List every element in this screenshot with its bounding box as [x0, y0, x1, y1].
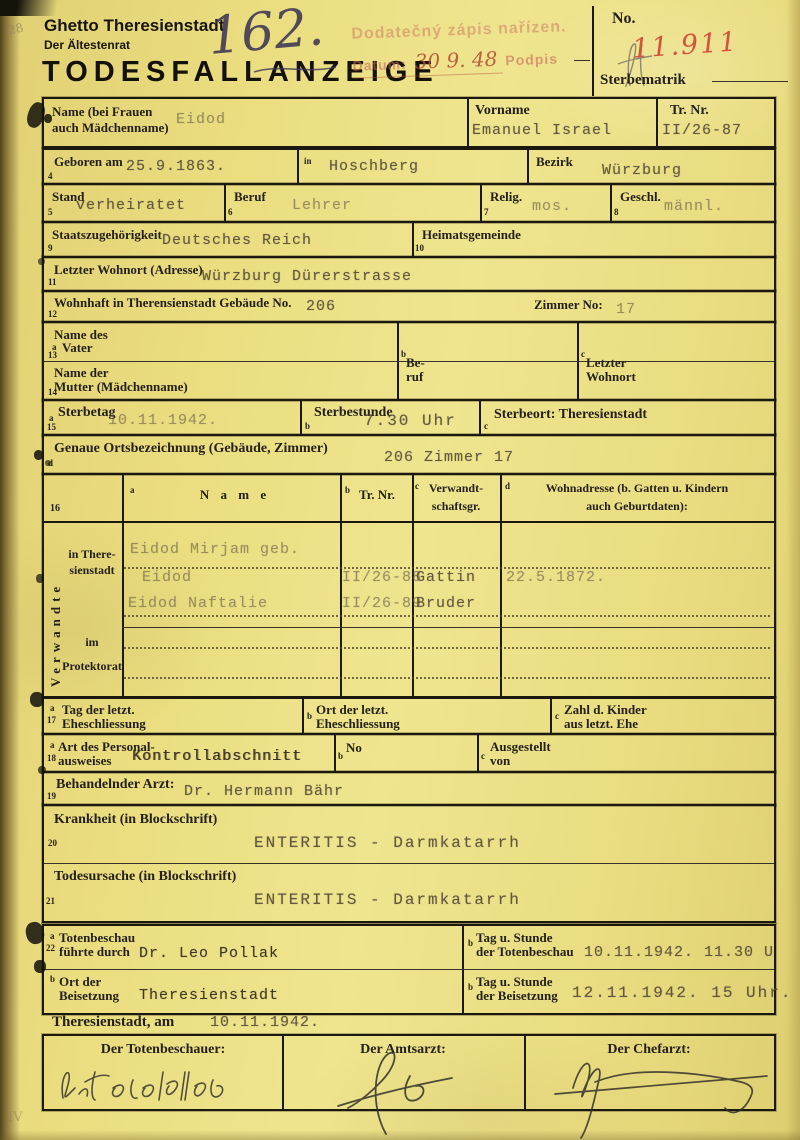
r23-sup-b: b [50, 974, 55, 984]
header-name: N a m e [140, 487, 330, 502]
divider [477, 734, 479, 772]
r23-tag-sup: b [468, 982, 473, 992]
r18-aus-line2: von [490, 753, 510, 768]
row-eheschliessung: a 17 Tag der letzt. Eheschliessung b Ort… [42, 697, 776, 735]
dateline-value: 10.11.1942. [210, 1014, 320, 1031]
totenbeschauer-header: Der Totenbeschauer: [44, 1042, 282, 1059]
relative-row2-address: 22.5.1872. [506, 569, 606, 586]
divider [297, 149, 299, 184]
r18-sup-b: b [338, 751, 343, 761]
row-sterbetag: a 15 Sterbetag 10.11.1942. b Sterbestund… [42, 399, 776, 436]
geschl-label: Geschl. [620, 189, 661, 204]
r18-no-label: No [346, 740, 362, 755]
header-wohn-line1: Wohnadresse (b. Gatten u. Kindern [500, 481, 774, 495]
field-num-12: 12 [48, 309, 57, 319]
row-staatszugehoerigkeit: Staatszugehörigkeit 9 Deutsches Reich He… [42, 221, 776, 258]
krankheit-value: ENTERITIS - Darmkatarrh [254, 834, 521, 852]
relig-value: mos. [532, 198, 572, 215]
matrik-number: 11.911 [631, 26, 739, 64]
bezirk-label: Bezirk [536, 154, 573, 169]
beisetzung-line2: Beisetzung [59, 988, 119, 1003]
bezirk-value: Würzburg [602, 162, 682, 179]
divider [574, 60, 590, 61]
geschl-value: männl. [664, 198, 724, 215]
r22-sup-b: b [468, 938, 473, 948]
stamp-podpis-label: Podpis [505, 51, 558, 69]
todesursache-label: Todesursache (in Blockschrift) [54, 869, 236, 886]
ink-flourish [250, 62, 340, 76]
geburtsort-value: Hoschberg [329, 158, 419, 175]
beschau-zeit-line2: der Totenbeschau [476, 944, 574, 959]
relatives-table: 16 a N a m e b Tr. Nr. c Verwandt- schaf… [42, 473, 776, 698]
no-label: No. [612, 10, 636, 29]
no-box-divider [592, 6, 594, 96]
divider [224, 184, 226, 222]
relative-row2-name: Eidod [142, 569, 192, 586]
vorname-value: Emanuel Israel [472, 122, 612, 139]
todesursache-value: ENTERITIS - Darmkatarrh [254, 891, 521, 909]
hole-punch [44, 114, 52, 123]
paper-left-edge [0, 0, 20, 1140]
stunde-value: 7.30 Uhr [364, 412, 457, 430]
block-krankheit: Krankheit (in Blockschrift) 20 ENTERITIS… [42, 804, 776, 923]
section-protektorat-line1: im [62, 635, 122, 649]
divider [334, 734, 336, 772]
row-name: Name (bei Frauen auch Mädchenname) Eidod… [42, 97, 776, 148]
ortsbezeichnung-label: Genaue Ortsbezeichnung (Gebäude, Zimmer) [54, 441, 328, 458]
field-num-15: 15 [47, 422, 56, 432]
divider [44, 863, 774, 864]
block-totenbeschau: a 22 Totenbeschau führte durch Dr. Leo P… [42, 924, 776, 1015]
field-num-8: 8 [614, 207, 619, 217]
name-label-line2: auch Mädchenname) [52, 120, 169, 135]
relative-row3-relation: Bruder [416, 595, 476, 612]
field-num-22: 22 [46, 943, 55, 953]
totenbeschau-line2: führte durch [59, 944, 130, 959]
beisetzung-value: Theresienstadt [139, 987, 279, 1004]
divider [124, 615, 770, 617]
arzt-value: Dr. Hermann Bähr [184, 783, 344, 800]
row-personalausweis: a 18 Art des Personal- ausweises Kontrol… [42, 733, 776, 773]
divider [479, 400, 481, 435]
vater-label-line2: Vater [62, 340, 93, 355]
relative-row2-relation: Gattin [416, 569, 476, 586]
stamp-line1: Dodatečný zápis nařízen. [351, 18, 567, 43]
heimat-label: Heimatsgemeinde [422, 227, 521, 242]
divider [124, 647, 770, 649]
arzt-label: Behandelnder Arzt: [56, 777, 174, 794]
handwritten-ink-number: 162. [206, 0, 327, 67]
in-label: in [304, 156, 312, 166]
field-num-16: 16 [50, 503, 60, 514]
relative-row1-name: Eidod Mirjam geb. [130, 541, 300, 558]
beruf-col-line2: ruf [406, 369, 423, 384]
geboren-value: 25.9.1863. [126, 158, 226, 175]
trnr-label: Tr. Nr. [670, 103, 709, 120]
divider [43, 521, 775, 523]
r17-sup-a: a [50, 703, 55, 713]
divider [656, 98, 658, 147]
section-theresienstadt-line2: sienstadt [62, 563, 122, 577]
hole-punch [38, 766, 46, 774]
divider [122, 474, 124, 697]
row-letzter-wohnort: Letzter Wohnort (Adresse) 11 Würzburg Dü… [42, 256, 776, 292]
field-num-13: 13 [48, 350, 57, 360]
header-tr: Tr. Nr. [344, 487, 410, 502]
field-num-4: 4 [48, 171, 53, 181]
stunde-sup: b [305, 421, 310, 431]
hole-punch [45, 460, 51, 466]
wohnort-col-line2: Wohnort [586, 369, 636, 384]
field-num-18: 18 [47, 753, 56, 763]
header-verw-line2: schaftsgr. [412, 499, 500, 513]
signature-amtsarzt [330, 1046, 460, 1140]
divider [44, 969, 774, 970]
sterbeort-label: Sterbeort: Theresienstadt [494, 407, 647, 424]
wohnort-value: Würzburg Dürerstrasse [202, 268, 412, 285]
r18-sup-a: a [50, 740, 55, 750]
r17-label-line2: Eheschliessung [62, 716, 146, 731]
zimmer-label: Zimmer No: [534, 297, 603, 312]
beruf-label: Beruf [234, 189, 266, 204]
field-num-6: 6 [228, 207, 233, 217]
wohnort-col-sup: c [581, 349, 585, 359]
r18-value: Kontrollabschnitt [132, 748, 302, 765]
section-protektorat-line2: Protektorat [62, 659, 122, 673]
header-verw-line1: Verwandt- [412, 481, 500, 495]
wohnort-label: Letzter Wohnort (Adresse) [54, 262, 203, 277]
geboren-label: Geboren am [54, 154, 123, 169]
sterbeort-sup: c [484, 421, 488, 431]
header-name-sup: a [130, 485, 135, 495]
hole-punch [34, 960, 46, 973]
hole-punch [38, 258, 45, 265]
divider [300, 400, 302, 435]
pencil-corner-note: 28 [7, 21, 25, 38]
vorname-label: Vorname [475, 103, 530, 120]
field-num-9: 9 [48, 243, 53, 253]
divider [550, 698, 552, 734]
row-ortsbezeichnung: Genaue Ortsbezeichnung (Gebäude, Zimmer)… [42, 434, 776, 475]
sterbetag-label: Sterbetag [58, 405, 116, 422]
relative-row3-name: Eidod Naftalie [128, 595, 268, 612]
row-eltern: Name des a Vater 13 Name der Mutter (Mäd… [42, 321, 776, 401]
name-label-line1: Name (bei Frauen [52, 104, 152, 119]
divider [122, 627, 774, 628]
divider [124, 677, 770, 679]
field-num-11: 11 [48, 277, 57, 287]
name-value: Eidod [176, 111, 226, 128]
r17-c-line2: aus letzt. Ehe [564, 716, 638, 731]
stamp-datum-label: Datum: [352, 56, 407, 74]
field-num-10: 10 [415, 243, 424, 253]
zimmer-value: 17 [616, 301, 636, 318]
beschau-zeit-value: 10.11.1942. 11.30 U [584, 944, 774, 961]
divider [610, 184, 612, 222]
r17-sup-b: b [307, 711, 312, 721]
death-certificate-form: 28 IV Ghetto Theresienstadt Der Ältesten… [0, 0, 800, 1140]
divider [412, 222, 414, 257]
relative-row3-trnr: II/26-89 [342, 595, 422, 612]
row-gebaeude: Wohnhaft in Therensienstadt Gebäude No. … [42, 290, 776, 323]
sterbematrik-label: Sterbematrik [600, 72, 686, 90]
beisetzung-zeit-line2: der Beisetzung [476, 988, 558, 1003]
sterbetag-value: 10.11.1942. [108, 412, 218, 429]
paper-right-edge [786, 0, 800, 1140]
row-geboren: Geboren am 4 25.9.1863. in Hoschberg Bez… [42, 148, 776, 185]
section-theresienstadt-line1: in There- [62, 547, 122, 561]
staats-label: Staatszugehörigkeit [52, 227, 162, 242]
czech-stamp: Dodatečný zápis nařízen. Datum: 30 9. 48… [351, 18, 568, 78]
gebaeude-value: 206 [306, 298, 336, 315]
stand-value: verheiratet [76, 197, 186, 214]
hole-punch [34, 450, 43, 460]
gebaeude-label: Wohnhaft in Therensienstadt Gebäude No. [54, 295, 292, 310]
hole-punch [36, 574, 44, 583]
divider [302, 698, 304, 734]
pencil-bottom-note: IV [8, 1110, 23, 1125]
hole-punch [30, 692, 44, 707]
staats-value: Deutsches Reich [162, 232, 312, 249]
header-wohn-line2: auch Geburtdaten): [500, 499, 774, 513]
r18-label-line2: ausweises [58, 753, 111, 768]
row-stand: Stand 5 verheiratet Beruf 6 Lehrer Relig… [42, 183, 776, 223]
field-num-5: 5 [48, 207, 53, 217]
field-num-14: 14 [48, 387, 57, 397]
field-num-19: 19 [47, 791, 56, 801]
r18-sup-c: c [481, 751, 485, 761]
krankheit-label: Krankheit (in Blockschrift) [54, 812, 217, 829]
relative-row2-trnr: II/26-88 [342, 569, 422, 586]
ortsbezeichnung-value: 206 Zimmer 17 [384, 449, 514, 466]
beruf-value: Lehrer [292, 197, 352, 214]
divider [527, 149, 529, 184]
signature-totenbeschauer [55, 1058, 265, 1108]
relig-label: Relig. [490, 189, 522, 204]
beisetzung-zeit-value: 12.11.1942. 15 Uhr. [572, 984, 792, 1002]
field-num-20: 20 [48, 838, 57, 848]
dateline-label: Theresienstadt, am [52, 1014, 174, 1032]
row-arzt: 19 Behandelnder Arzt: Dr. Hermann Bähr [42, 771, 776, 806]
totenbeschau-value: Dr. Leo Pollak [139, 945, 279, 962]
trnr-value: II/26-87 [662, 122, 742, 139]
paper-corner-shadow [0, 0, 70, 16]
r17-b-line2: Eheschliessung [316, 716, 400, 731]
field-num-17: 17 [47, 715, 56, 725]
stamp-datum-handwritten: 30 9. 48 [414, 47, 497, 74]
divider [467, 98, 469, 147]
field-num-21: 21 [46, 896, 55, 906]
divider [712, 81, 788, 82]
org-name-line1: Ghetto Theresienstadt [44, 16, 224, 36]
divider [480, 184, 482, 222]
signature-chefarzt [545, 1038, 780, 1140]
r17-sup-c: c [555, 711, 559, 721]
field-num-7: 7 [484, 207, 489, 217]
org-name-line2: Der Ältestenrat [44, 38, 130, 52]
r22-sup-a: a [50, 931, 55, 941]
mutter-label-line2: Mutter (Mädchenname) [54, 379, 188, 394]
